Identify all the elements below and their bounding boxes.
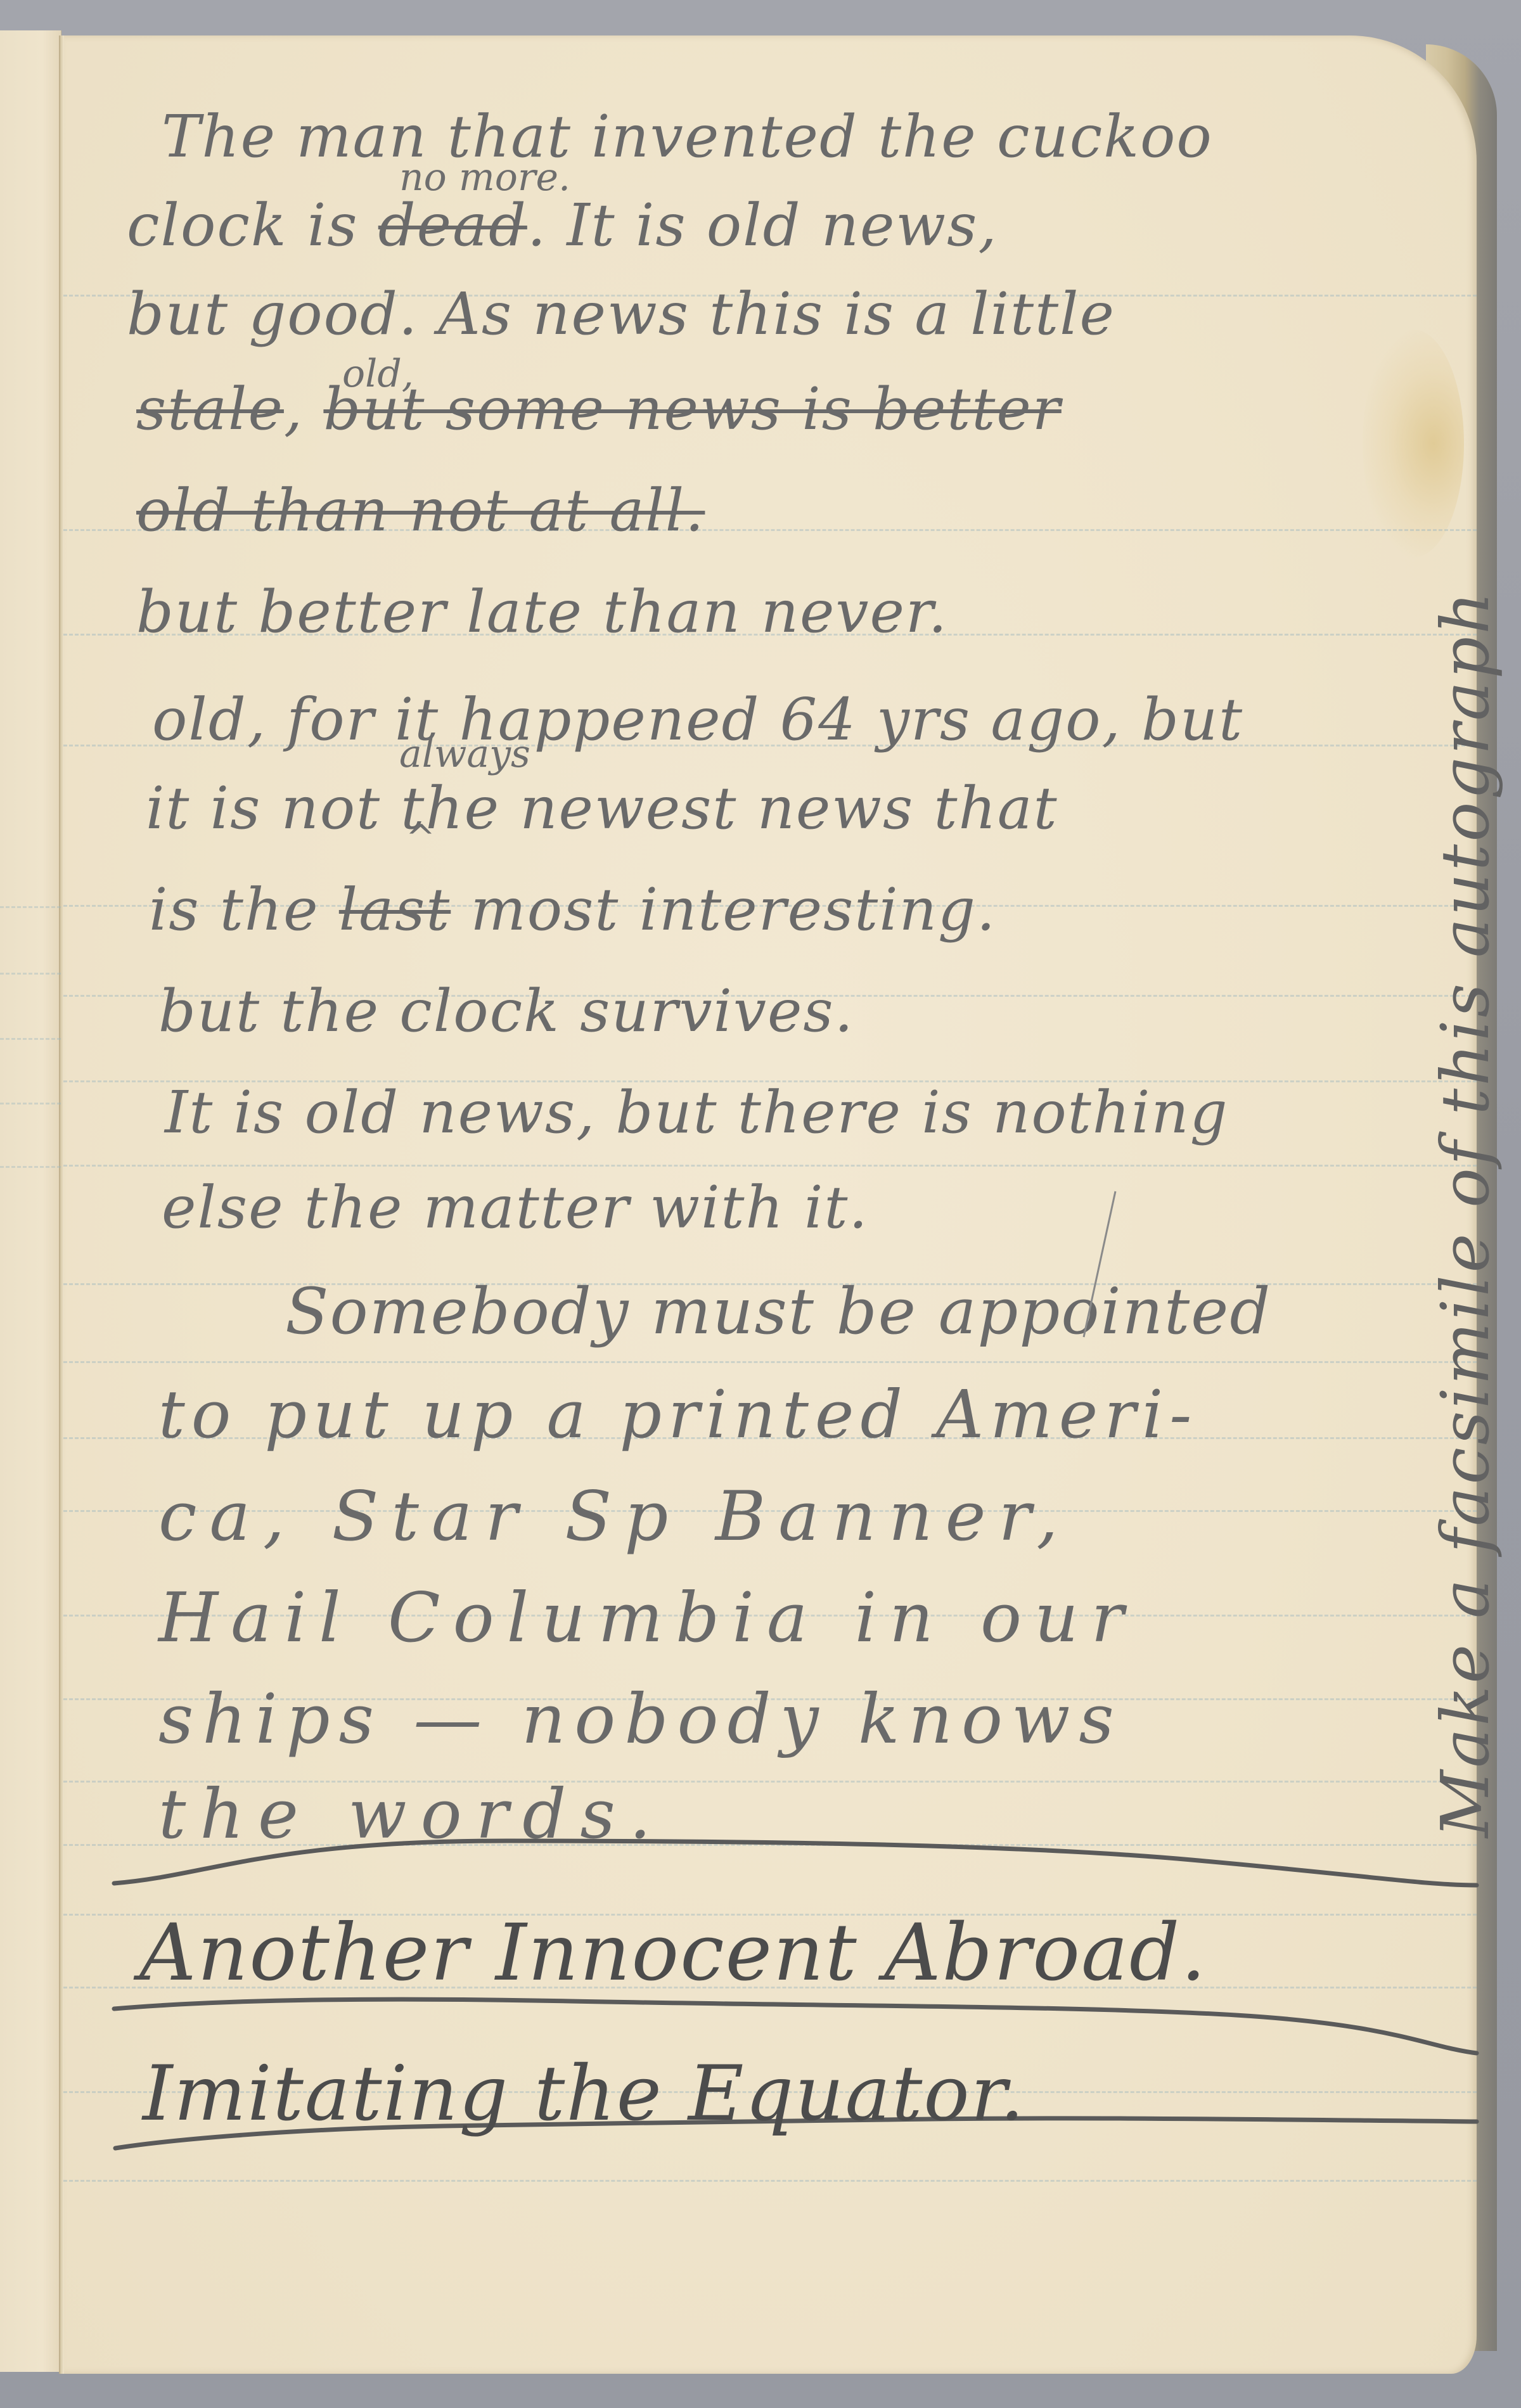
title-imitating-the-equator: Imitating the Equator. — [143, 2056, 1025, 2132]
title-text: Imitating the Equator. — [143, 2050, 1025, 2138]
pencil-separator-lines — [0, 0, 1521, 2408]
vertical-margin-note: Make a facsimile of this autograph — [1432, 589, 1498, 1838]
title-another-innocent-abroad: Another Innocent Abroad. — [139, 1914, 1207, 1992]
title-text: Another Innocent Abroad. — [139, 1907, 1207, 1999]
